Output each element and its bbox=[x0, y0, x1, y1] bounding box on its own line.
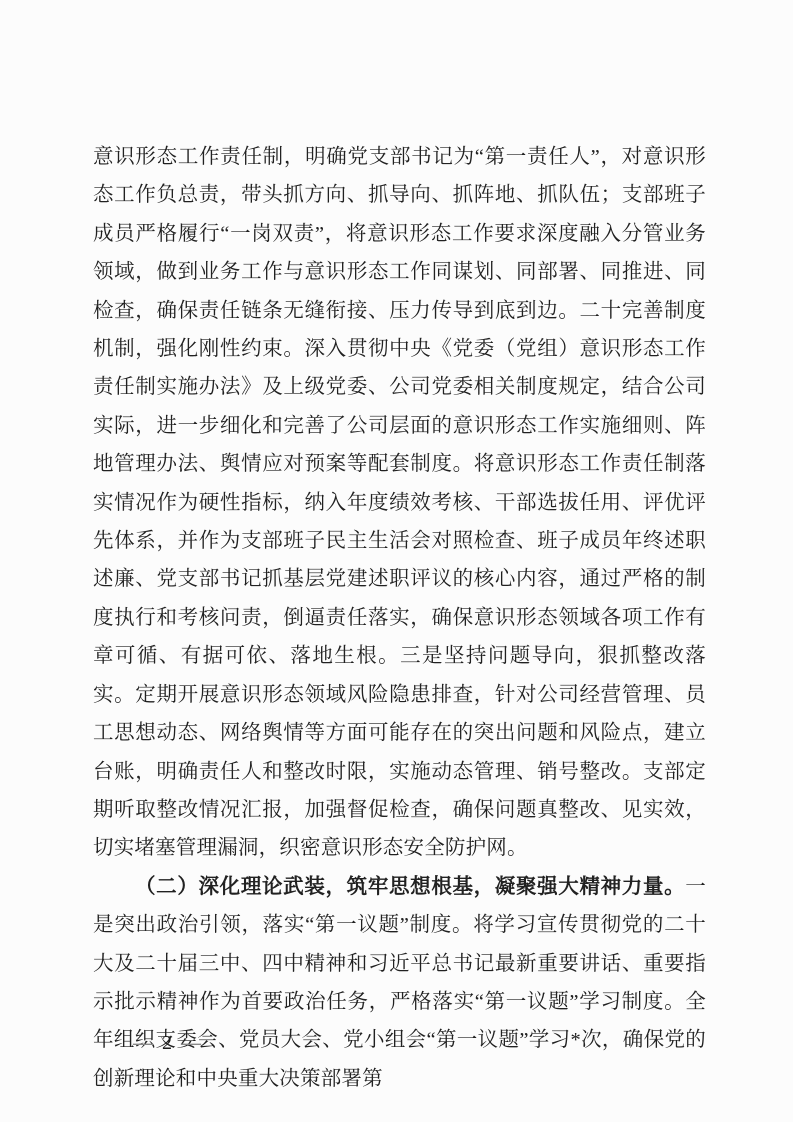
paragraph: （二）深化理论武装，筑牢思想根基，凝聚强大精神力量。一是突出政治引领，落实“第一… bbox=[93, 868, 706, 1098]
document-page: 意识形态工作责任制，明确党支部书记为“第一责任人”，对意识形态工作负总责，带头抓… bbox=[0, 0, 793, 1122]
paragraph-text: 意识形态工作责任制，明确党支部书记为“第一责任人”，对意识形态工作负总责，带头抓… bbox=[93, 146, 706, 859]
paragraph-text: 一是突出政治引领，落实“第一议题”制度。将学习宣传贯彻党的二十大及二十届三中、四… bbox=[93, 876, 706, 1090]
page-footer: — 2 — bbox=[133, 1032, 201, 1055]
footer-dash-right: — bbox=[181, 1032, 201, 1055]
document-body: 意识形态工作责任制，明确党支部书记为“第一责任人”，对意识形态工作负总责，带头抓… bbox=[93, 138, 706, 1098]
page-number: 2 bbox=[162, 1032, 172, 1055]
footer-dash-left: — bbox=[133, 1032, 153, 1055]
section-heading: （二）深化理论武装，筑牢思想根基，凝聚强大精神力量。 bbox=[135, 876, 685, 898]
paragraph: 意识形态工作责任制，明确党支部书记为“第一责任人”，对意识形态工作负总责，带头抓… bbox=[93, 138, 706, 868]
